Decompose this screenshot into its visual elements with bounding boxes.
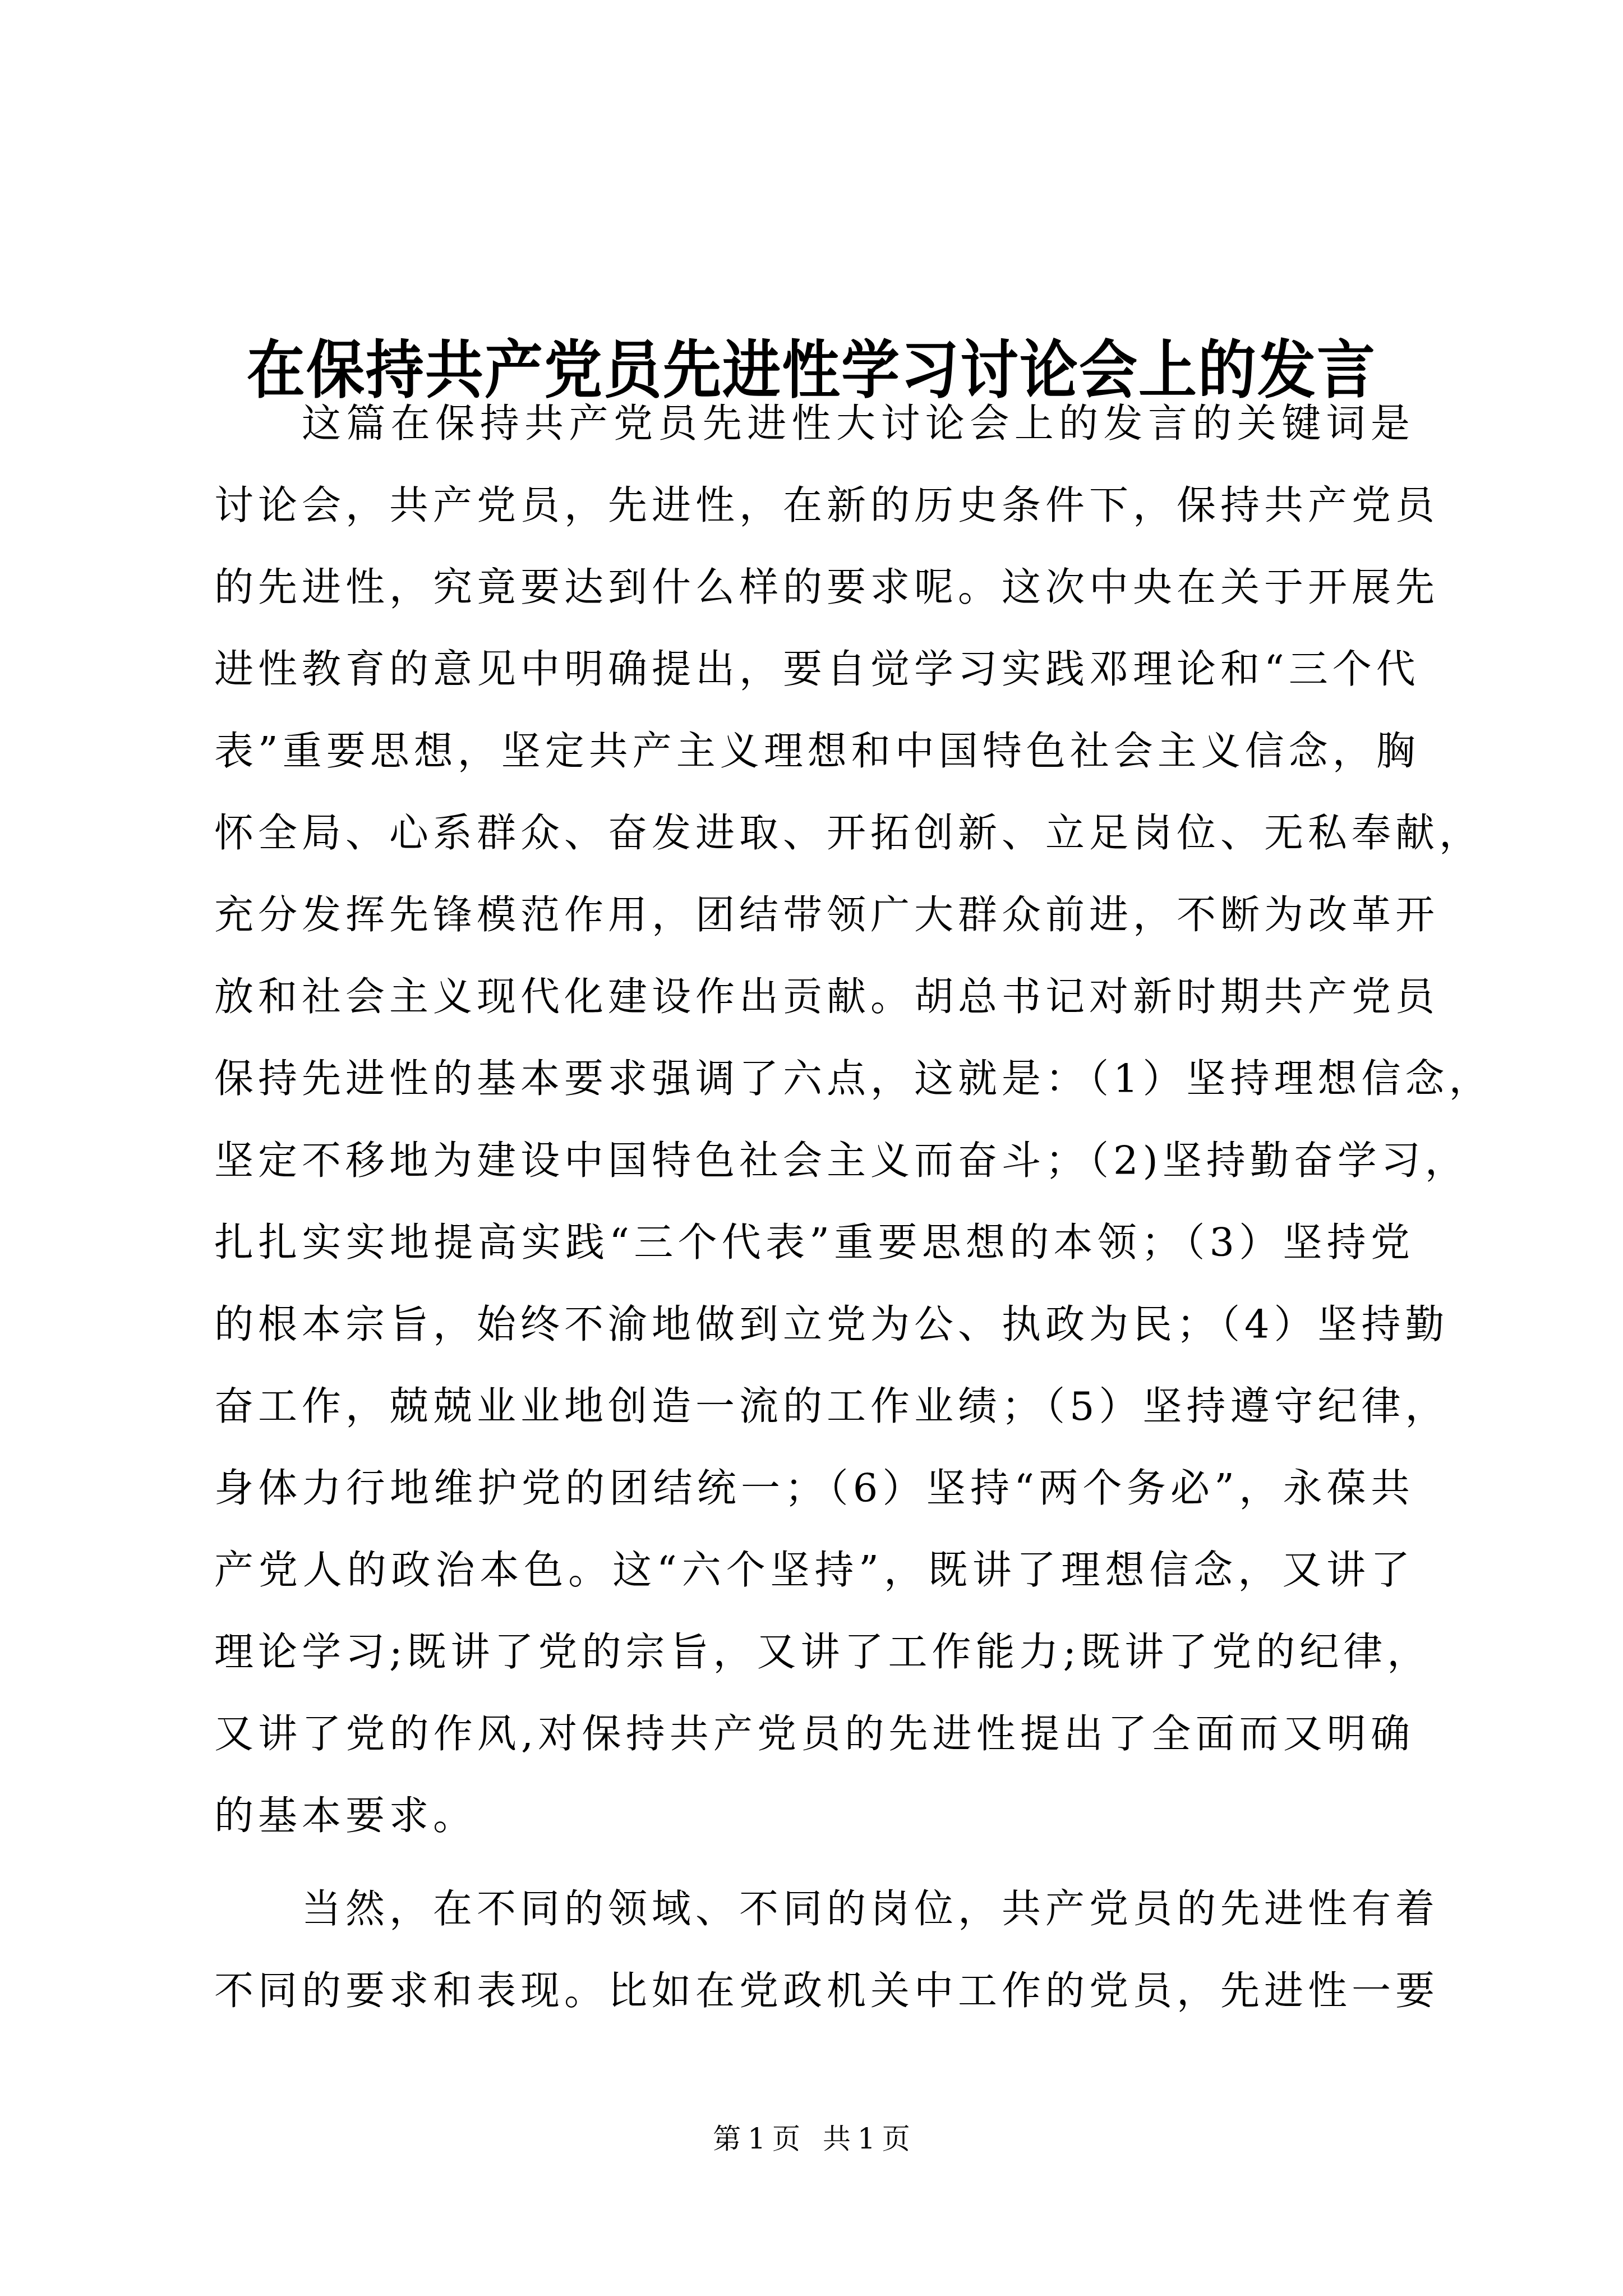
text-line: 理论学习;既讲了党的宗旨，又讲了工作能力;既讲了党的纪律， — [214, 1611, 1414, 1693]
text-line: 产党人的政治本色。这“六个坚持”，既讲了理想信念，又讲了 — [214, 1529, 1414, 1611]
paragraph-2: 当然，在不同的领域、不同的岗位，共产党员的先进性有着 不同的要求和表现。比如在党… — [214, 1868, 1414, 2032]
paragraph-1: 这篇在保持共产党员先进性大讨论会上的发言的关键词是 讨论会，共产党员，先进性，在… — [214, 383, 1414, 1857]
page-label-prefix: 第 — [713, 2123, 741, 2155]
total-label-prefix: 共 — [823, 2123, 851, 2155]
text-line: 保持先进性的基本要求强调了六点，这就是：（1）坚持理想信念， — [214, 1038, 1414, 1120]
text-line: 放和社会主义现代化建设作出贡献。胡总书记对新时期共产党员 — [214, 956, 1414, 1038]
text-line: 这篇在保持共产党员先进性大讨论会上的发言的关键词是 — [214, 383, 1414, 464]
text-line: 坚定不移地为建设中国特色社会主义而奋斗；（2)坚持勤奋学习， — [214, 1120, 1414, 1202]
text-line: 充分发挥先锋模范作用，团结带领广大群众前进，不断为改革开 — [214, 874, 1414, 956]
text-line: 身体力行地维护党的团结统一；（6）坚持“两个务必”，永葆共 — [214, 1447, 1414, 1529]
page-label-suffix: 页 — [772, 2123, 800, 2155]
text-line: 奋工作，兢兢业业地创造一流的工作业绩；（5）坚持遵守纪律， — [214, 1365, 1414, 1447]
current-page: 1 — [748, 2123, 766, 2155]
page-total: 共1页 — [819, 2123, 914, 2155]
text-line: 的基本要求。 — [214, 1775, 1414, 1857]
page-footer: 第1页 共1页 — [0, 2119, 1623, 2159]
text-line: 当然，在不同的领域、不同的岗位，共产党员的先进性有着 — [214, 1868, 1414, 1950]
text-line: 扎扎实实地提高实践“三个代表”重要思想的本领；（3）坚持党 — [214, 1202, 1414, 1283]
text-line: 怀全局、心系群众、奋发进取、开拓创新、立足岗位、无私奉献， — [214, 792, 1414, 874]
text-line: 讨论会，共产党员，先进性，在新的历史条件下，保持共产党员 — [214, 464, 1414, 546]
text-line: 的根本宗旨，始终不渝地做到立党为公、执政为民；（4）坚持勤 — [214, 1283, 1414, 1365]
text-line: 又讲了党的作风,对保持共产党员的先进性提出了全面而又明确 — [214, 1693, 1414, 1775]
text-line: 的先进性，究竟要达到什么样的要求呢。这次中央在关于开展先 — [214, 546, 1414, 628]
total-label-suffix: 页 — [882, 2123, 910, 2155]
document-page: 在保持共产党员先进性学习讨论会上的发言 这篇在保持共产党员先进性大讨论会上的发言… — [0, 0, 1623, 2296]
document-body: 这篇在保持共产党员先进性大讨论会上的发言的关键词是 讨论会，共产党员，先进性，在… — [214, 383, 1414, 2032]
text-line: 表”重要思想，坚定共产主义理想和中国特色社会主义信念，胸 — [214, 710, 1414, 792]
total-pages: 1 — [857, 2123, 875, 2155]
page-number: 第1页 — [709, 2123, 804, 2155]
text-line: 进性教育的意见中明确提出，要自觉学习实践邓理论和“三个代 — [214, 628, 1414, 710]
text-line: 不同的要求和表现。比如在党政机关中工作的党员，先进性一要 — [214, 1950, 1414, 2032]
